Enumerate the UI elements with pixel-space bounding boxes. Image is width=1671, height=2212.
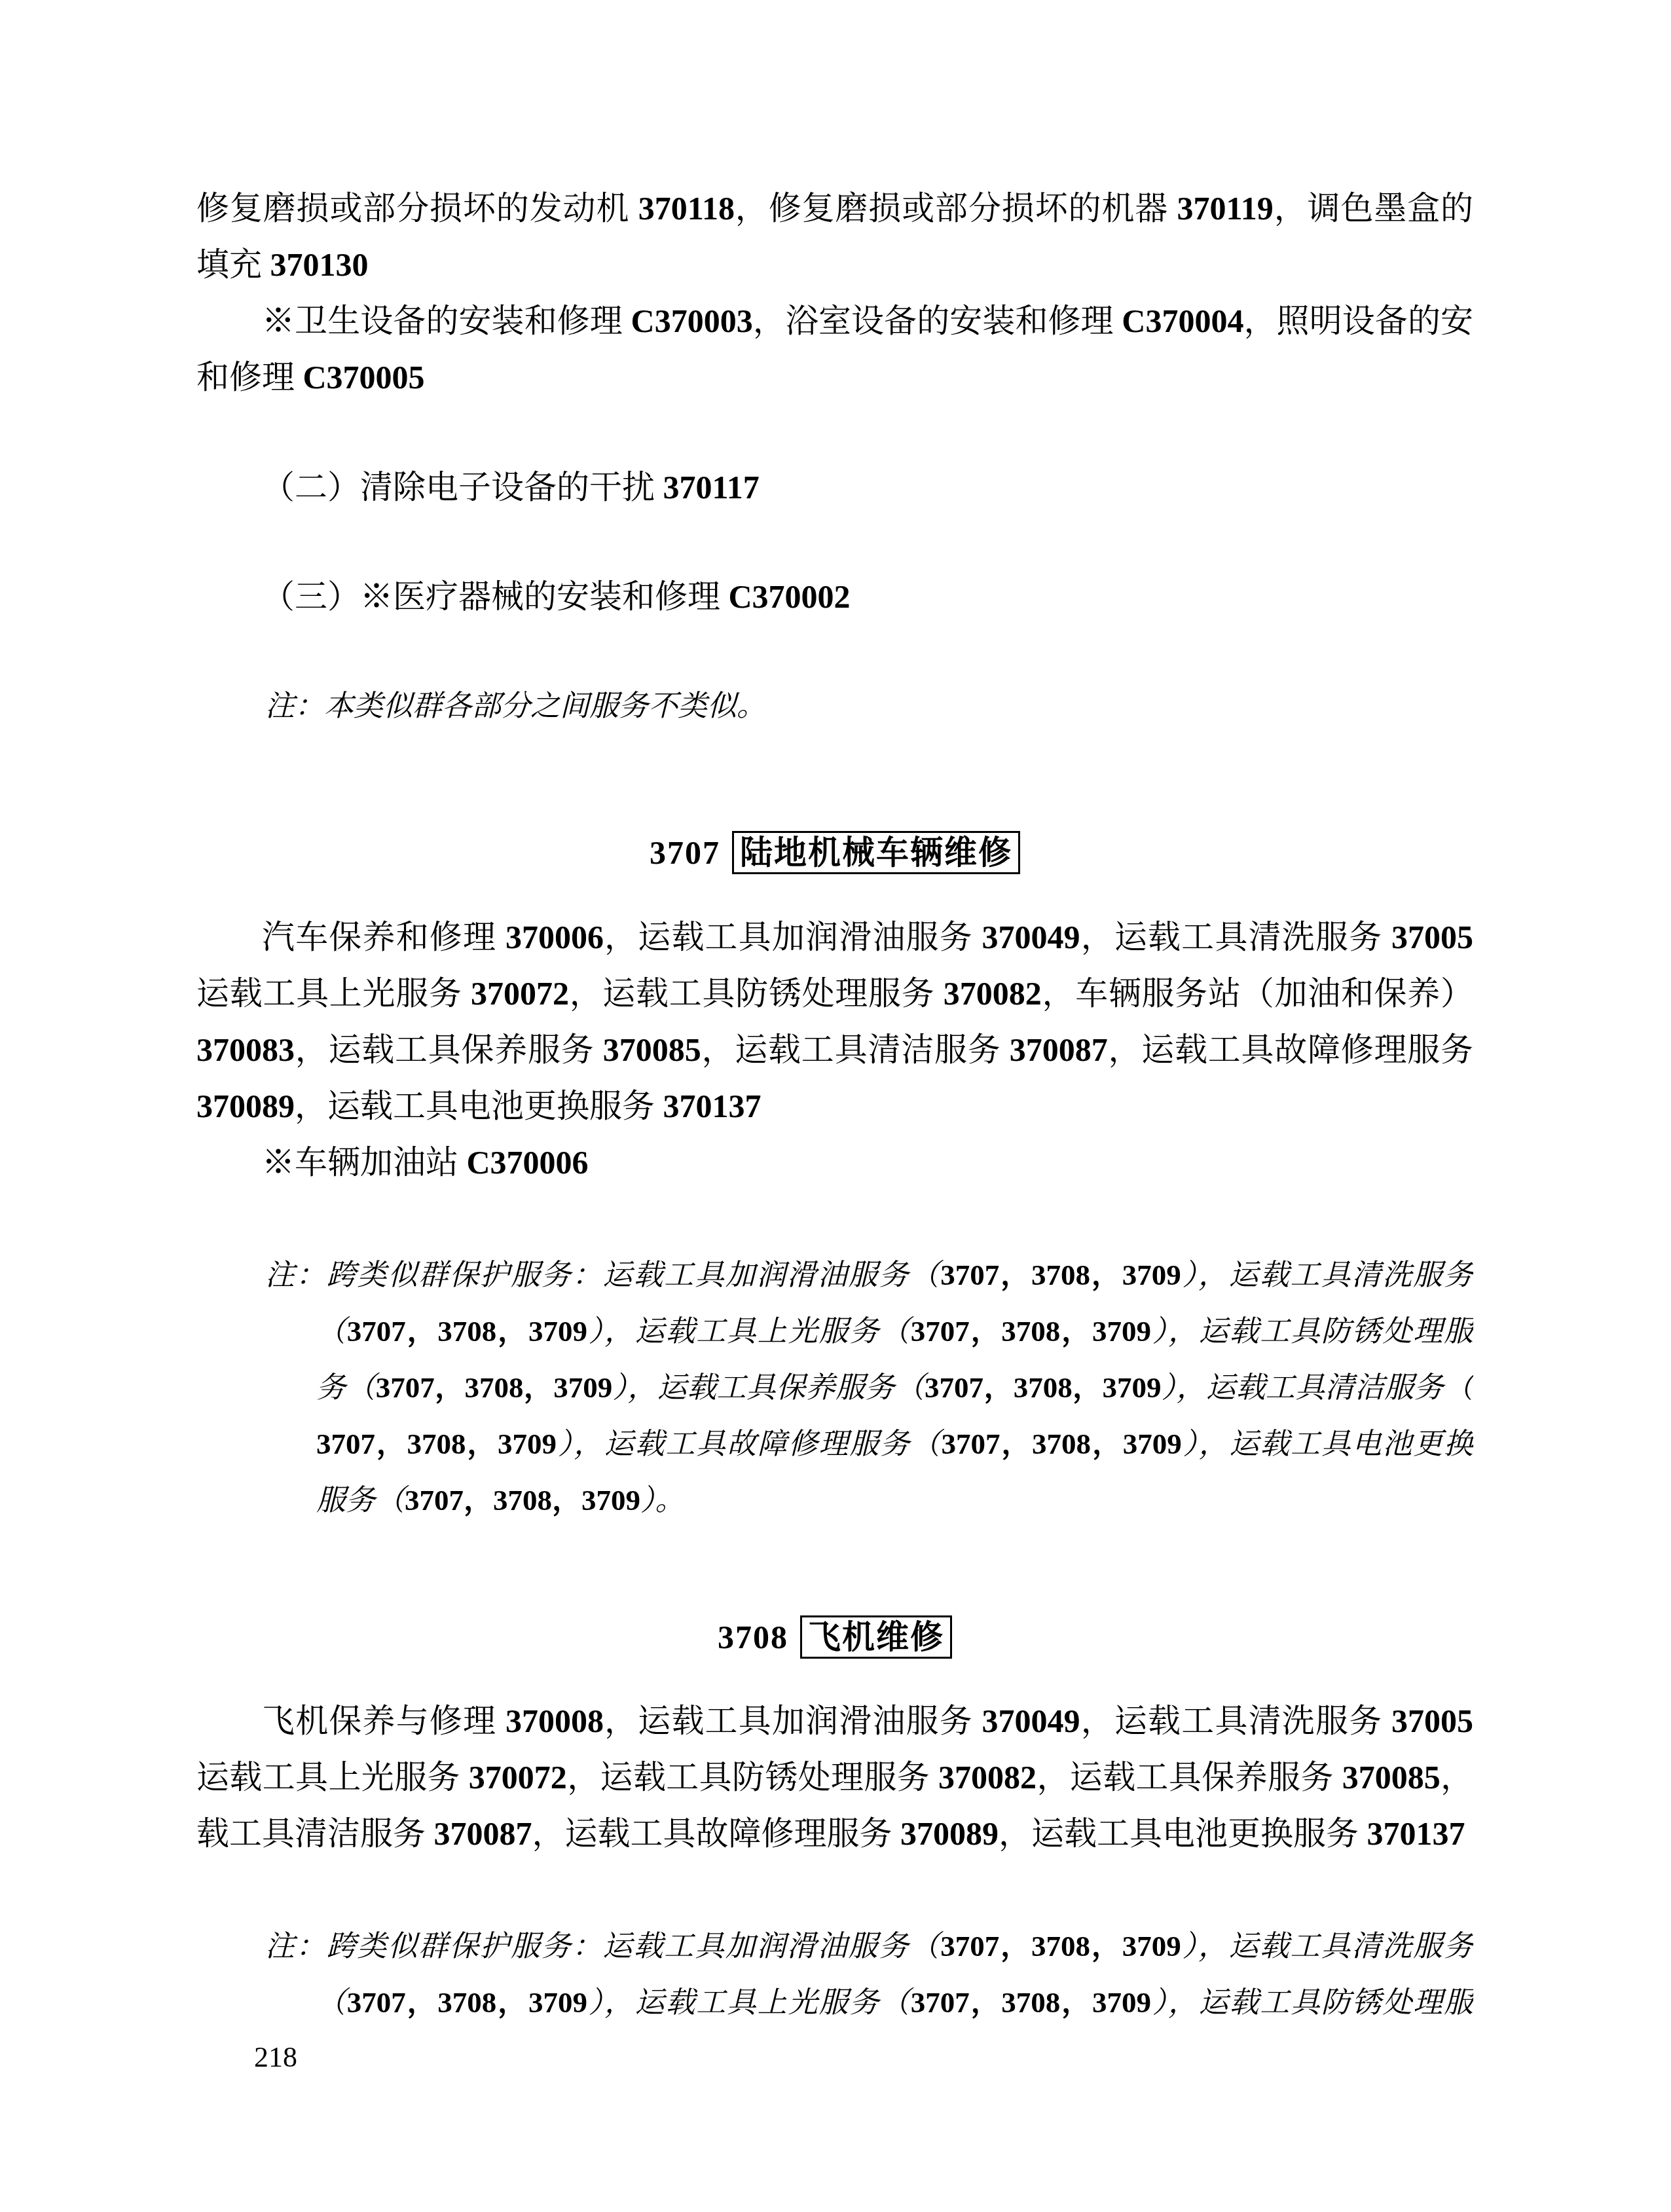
text-run: ），运载工具清洗服务 (1181, 1930, 1473, 1963)
service-code: 370049 (982, 1703, 1080, 1739)
note-3707-cross-group: 注：跨类似群保护服务：运载工具加润滑油服务（3707，3708，3709），运载… (196, 1247, 1473, 1528)
text-run: ，运载工具清洁服务 (701, 1031, 1010, 1068)
text-line: 修复磨损或部分损坏的发动机 370118，修复磨损或部分损坏的机器 370119… (196, 180, 1473, 236)
text-line: 注：跨类似群保护服务：运载工具加润滑油服务（3707，3708，3709），运载… (196, 1247, 1473, 1303)
note-3708-cross-group: 注：跨类似群保护服务：运载工具加润滑油服务（3707，3708，3709），运载… (196, 1918, 1473, 2031)
text-line: 务（3707，3708，3709），运载工具保养服务（3707，3708，370… (196, 1359, 1473, 1416)
text-run: ），运载工具故障修理服务（ (557, 1428, 941, 1460)
service-code: 370137 (663, 1088, 762, 1124)
service-code: 370082 (944, 975, 1042, 1012)
text-run: ）。 (640, 1484, 685, 1517)
service-code: 370130 (270, 246, 369, 283)
text-run: ，运载工具清洗服务 (1080, 919, 1391, 955)
text-line: 飞机保养与修理 370008，运载工具加润滑油服务 370049，运载工具清洗服… (196, 1693, 1473, 1749)
text-line: ※卫生设备的安装和修理 C370003，浴室设备的安装和修理 C370004，照… (196, 293, 1473, 349)
service-code: 370087 (434, 1815, 532, 1852)
text-run: ，运载工具防锈处理服务 (567, 1759, 938, 1796)
service-code: 370085 (1342, 1759, 1441, 1796)
text-line: 服务（3707，3708，3709）。 (196, 1472, 1473, 1528)
heading-3707-title-box: 陆地机械车辆维修 (732, 831, 1020, 874)
service-code: 370085 (603, 1031, 701, 1068)
text-run: ），运载工具上光服务（ (587, 1986, 911, 2019)
text-line: 370083，运载工具保养服务 370085，运载工具清洁服务 370087，运… (196, 1022, 1473, 1078)
text-run: ），运载工具防锈处理服 (1151, 1315, 1473, 1348)
para-item-two-electronic: （二）清除电子设备的干扰 370117 (196, 459, 1473, 515)
text-run: 载工具清洁服务 (196, 1815, 434, 1852)
text-run: ，浴室设备的安装和修理 (753, 303, 1122, 339)
text-line: （三）※医疗器械的安装和修理 C370002 (196, 568, 1473, 625)
text-run: ），运载工具保养服务（ (612, 1371, 925, 1404)
service-code: 370089 (196, 1088, 295, 1124)
service-code: 3707，3708，3709 (316, 1428, 557, 1460)
service-code: 3707，3708，3709 (911, 1315, 1151, 1348)
service-code: C370003 (631, 303, 753, 339)
text-run: ，运载工具保养服务 (295, 1031, 603, 1068)
service-code: 370008 (505, 1703, 604, 1739)
text-line: 运载工具上光服务 370072，运载工具防锈处理服务 370082，运载工具保养… (196, 1749, 1473, 1805)
para-restoration-continued: 修复磨损或部分损坏的发动机 370118，修复磨损或部分损坏的机器 370119… (196, 180, 1473, 293)
text-line: 载工具清洁服务 370087，运载工具故障修理服务 370089，运载工具电池更… (196, 1805, 1473, 1862)
text-run: ，运载工具故障修理服务 (532, 1815, 901, 1852)
text-line: 填充 370130 (196, 236, 1473, 293)
heading-3708-code: 3708 (718, 1618, 788, 1656)
text-run: （三）※医疗器械的安装和修理 (262, 578, 729, 615)
text-run: 汽车保养和修理 (262, 919, 505, 955)
heading-3708: 3708飞机维修 (196, 1609, 1473, 1665)
text-run: ，运载工具清洗服务 (1080, 1703, 1391, 1739)
service-code: C370002 (729, 578, 851, 615)
text-line: 370089，运载工具电池更换服务 370137 (196, 1078, 1473, 1134)
text-run: 注：跨类似群保护服务：运载工具加润滑油服务（ (265, 1930, 940, 1963)
service-code: 370089 (900, 1815, 999, 1852)
text-run: ※车辆加油站 (262, 1144, 467, 1181)
text-run: ），运载工具清洗服务 (1181, 1259, 1473, 1291)
service-code: C370006 (467, 1144, 589, 1181)
heading-3707: 3707陆地机械车辆维修 (196, 824, 1473, 881)
text-run: ，运载工具电池更换服务 (295, 1088, 663, 1124)
service-code: 370087 (1010, 1031, 1108, 1068)
text-run: ），运载工具防锈处理服 (1151, 1986, 1473, 2019)
service-code: 370137 (1367, 1815, 1465, 1852)
service-code: 3707，3708，3709 (405, 1484, 640, 1517)
text-line: ※车辆加油站 C370006 (196, 1134, 1473, 1190)
text-run: 和修理 (196, 359, 303, 396)
text-run: ，运载工具故障修理服务 (1108, 1031, 1473, 1068)
service-code: 3707，3708，3709 (940, 1930, 1181, 1963)
service-code: 3707，3708，3709 (942, 1428, 1182, 1460)
scanned-document-page: 修复磨损或部分损坏的发动机 370118，修复磨损或部分损坏的机器 370119… (0, 0, 1671, 2212)
service-code: 3707，3708，3709 (347, 1986, 587, 2019)
text-run: （ (316, 1986, 347, 2019)
service-code: 3707，3708，3709 (376, 1371, 612, 1404)
text-run: ，运载工具防锈处理服务 (569, 975, 944, 1012)
para-sanitary-equipment: ※卫生设备的安装和修理 C370003，浴室设备的安装和修理 C370004，照… (196, 293, 1473, 405)
text-run: ，运载工具保养服务 (1037, 1759, 1342, 1796)
note-group-not-similar: 注：本类似群各部分之间服务不类似。 (196, 678, 1473, 734)
text-run: 飞机保养与修理 (262, 1703, 505, 1739)
text-line: 注：本类似群各部分之间服务不类似。 (196, 678, 1473, 734)
text-run: 修复磨损或部分损坏的发动机 (196, 190, 638, 227)
text-run: ，车辆服务站（加油和保养） (1042, 975, 1473, 1012)
service-code: 3707，3708，3709 (940, 1259, 1181, 1291)
service-code: 370119 (1177, 190, 1274, 227)
text-run: ※卫生设备的安装和修理 (262, 303, 631, 339)
text-line: 汽车保养和修理 370006，运载工具加润滑油服务 370049，运载工具清洗服… (196, 909, 1473, 965)
service-code: 370006 (505, 919, 604, 955)
service-code: 370049 (982, 919, 1080, 955)
service-code: 370082 (938, 1759, 1037, 1796)
text-run: ），运载工具清洁服务（ (1161, 1371, 1473, 1404)
service-code: C370005 (303, 359, 425, 396)
service-code: 370072 (469, 1759, 567, 1796)
heading-3708-title-box: 飞机维修 (800, 1615, 952, 1659)
text-line: 和修理 C370005 (196, 349, 1473, 405)
text-line: 3707，3708，3709），运载工具故障修理服务（3707，3708，370… (196, 1416, 1473, 1472)
text-run: ，运载工具电池更换服务 (999, 1815, 1367, 1852)
text-line: （3707，3708，3709），运载工具上光服务（3707，3708，3709… (196, 1974, 1473, 2031)
para-item-three-medical: （三）※医疗器械的安装和修理 C370002 (196, 568, 1473, 625)
service-code: C370004 (1122, 303, 1243, 339)
text-line: 注：跨类似群保护服务：运载工具加润滑油服务（3707，3708，3709），运载… (196, 1918, 1473, 1974)
text-line: （3707，3708，3709），运载工具上光服务（3707，3708，3709… (196, 1303, 1473, 1359)
text-run: ，运载工具加润滑油服务 (604, 919, 982, 955)
para-3708-services: 飞机保养与修理 370008，运载工具加润滑油服务 370049，运载工具清洗服… (196, 1693, 1473, 1862)
heading-3707-code: 3707 (650, 834, 720, 872)
text-run: 注：本类似群各部分之间服务不类似。 (265, 690, 766, 722)
text-column: 修复磨损或部分损坏的发动机 370118，修复磨损或部分损坏的机器 370119… (196, 0, 1473, 2212)
page-number: 218 (254, 2041, 297, 2074)
text-run: ，运载工具加润滑油服务 (604, 1703, 982, 1739)
service-code: 370117 (663, 469, 760, 506)
text-line: 运载工具上光服务 370072，运载工具防锈处理服务 370082，车辆服务站（… (196, 965, 1473, 1022)
text-run: 运载工具上光服务 (196, 1759, 469, 1796)
text-run: （ (316, 1315, 347, 1348)
text-run: 务（ (316, 1371, 376, 1404)
text-run: 注：跨类似群保护服务：运载工具加润滑油服务（ (265, 1259, 940, 1291)
service-code: 3707，3708，3709 (347, 1315, 587, 1348)
para-3707-services: 汽车保养和修理 370006，运载工具加润滑油服务 370049，运载工具清洗服… (196, 909, 1473, 1190)
service-code: 3707，3708，3709 (925, 1371, 1161, 1404)
text-run: （二）清除电子设备的干扰 (262, 469, 663, 506)
text-run: 服务（ (316, 1484, 405, 1517)
text-run: ），运载工具上光服务（ (587, 1315, 911, 1348)
text-line: （二）清除电子设备的干扰 370117 (196, 459, 1473, 515)
text-run: ，修复磨损或部分损坏的机器 (735, 190, 1177, 227)
service-code: 370083 (196, 1031, 295, 1068)
service-code: 370118 (638, 190, 735, 227)
text-run: 填充 (196, 246, 270, 283)
text-run: ），运载工具电池更换 (1182, 1428, 1473, 1460)
text-run: 运载工具上光服务 (196, 975, 471, 1012)
service-code: 370072 (471, 975, 569, 1012)
service-code: 3707，3708，3709 (911, 1986, 1151, 2019)
